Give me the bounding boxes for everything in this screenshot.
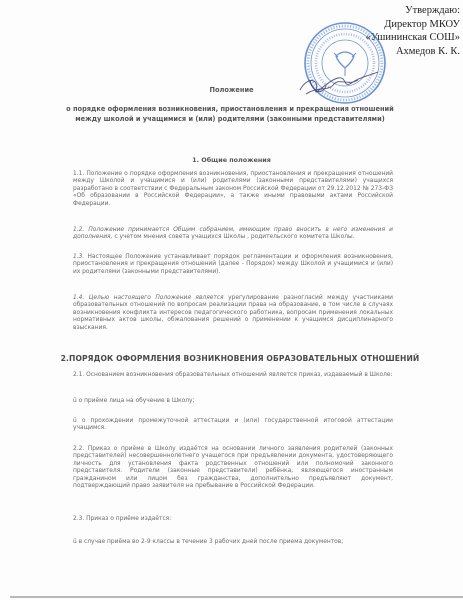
section-1-heading: 1. Общие положения bbox=[0, 156, 463, 164]
subtitle-line-2: между школой и учащимися и (или) родител… bbox=[20, 115, 440, 125]
paragraph-1-1: 1.1. Положение о порядке оформления возн… bbox=[73, 171, 393, 208]
page-edge-divider bbox=[10, 596, 463, 598]
paragraph-1-4: 1.4. Целью настоящего Положения является… bbox=[73, 295, 393, 332]
paragraph-2-1: 2.1. Основанием возникновения образовате… bbox=[73, 372, 393, 379]
scanned-page: Утверждаю: Директор МКОУ «Ушининская СОШ… bbox=[0, 0, 463, 600]
paragraph-2-2: 2.2. Приказ о приёме в Школу издаётся на… bbox=[73, 446, 393, 490]
paragraph-1-4-italic: 1.4. Целью настоящего Положения является bbox=[73, 295, 224, 301]
bullet-admission: ü о приёме лица на обучение в Школу; bbox=[73, 398, 393, 405]
section-2-heading: 2.ПОРЯДОК ОФОРМЛЕНИЯ ВОЗНИКНОВЕНИЯ ОБРАЗ… bbox=[40, 354, 440, 363]
bullet-grades-2-9: ü в случае приёма во 2-9 классы в течени… bbox=[73, 539, 393, 546]
document-title: Положение bbox=[0, 86, 463, 94]
paragraph-1-2-rest: с учетом мнения совета учащихся Школы , … bbox=[112, 234, 354, 240]
bullet-attestation: ü о прохождении промежуточной аттестации… bbox=[73, 418, 393, 433]
approval-label: Утверждаю: bbox=[330, 4, 460, 18]
paragraph-1-3-number: 1.3. bbox=[73, 254, 84, 260]
subtitle-line-1: о порядке оформления возникновения, прио… bbox=[20, 105, 440, 115]
paragraph-1-2: 1.2. Положение принимается Общим собрани… bbox=[73, 227, 393, 242]
paragraph-1-3: 1.3. Настоящее Положение устанавливает п… bbox=[73, 254, 393, 276]
paragraph-2-3: 2.3. Приказ о приёме издаётся: bbox=[73, 516, 393, 523]
paragraph-1-3-rest: Настоящее Положение устанавливает порядо… bbox=[73, 254, 393, 275]
document-subtitle: о порядке оформления возникновения, прио… bbox=[20, 105, 440, 124]
